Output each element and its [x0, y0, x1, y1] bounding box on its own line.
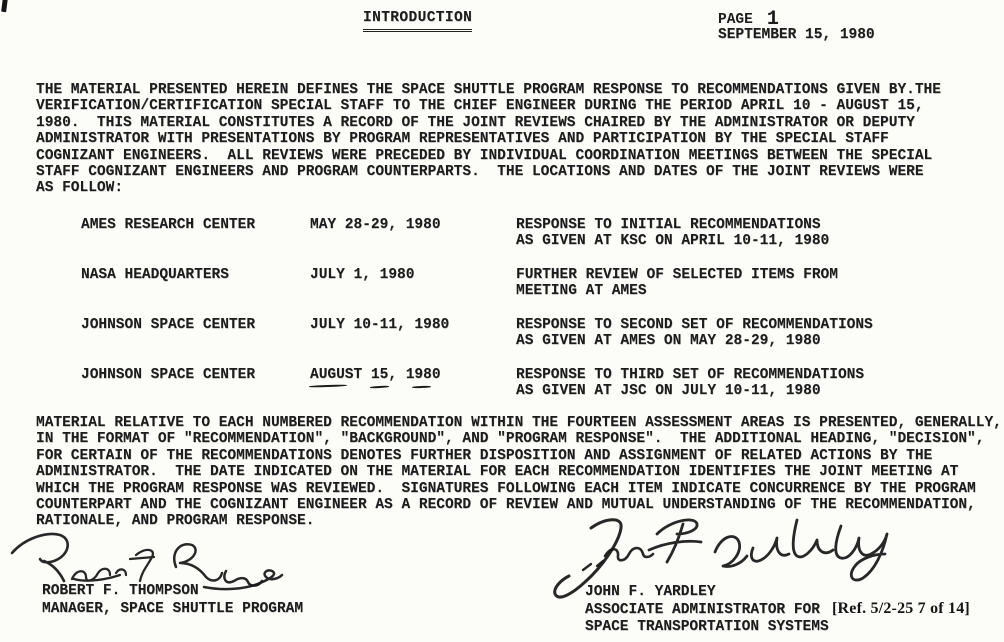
paragraph-line: WHICH THE PROGRAM RESPONSE WAS REVIEWED.…: [36, 481, 1002, 497]
review-description-line: MEETING AT AMES: [516, 283, 838, 299]
signatory-title: ASSOCIATE ADMINISTRATOR FOR: [585, 602, 829, 620]
document-date: SEPTEMBER 15, 1980: [718, 27, 875, 43]
review-description-line: RESPONSE TO SECOND SET OF RECOMMENDATION…: [516, 317, 873, 333]
paragraph-line: ADMINISTRATOR. THE DATE INDICATED ON THE…: [36, 464, 1002, 480]
review-date: JULY 10-11, 1980: [310, 317, 449, 333]
signatory-title: MANAGER, SPACE SHUTTLE PROGRAM: [42, 601, 303, 619]
scan-artifact-mark: [1, 0, 8, 12]
review-date: AUGUST 15, 1980: [310, 367, 441, 383]
right-signature-block: JOHN F. YARDLEY ASSOCIATE ADMINISTRATOR …: [585, 584, 829, 637]
review-description: RESPONSE TO SECOND SET OF RECOMMENDATION…: [516, 317, 873, 350]
paragraph-line: 1980. THIS MATERIAL CONSTITUTES A RECORD…: [36, 115, 941, 131]
scanned-document-page: INTRODUCTION PAGE1 SEPTEMBER 15, 1980 TH…: [0, 0, 1004, 642]
paragraph-line: FOR CERTAIN OF THE RECOMMENDATIONS DENOT…: [36, 448, 1002, 464]
review-description-line: AS GIVEN AT AMES ON MAY 28-29, 1980: [516, 333, 873, 349]
review-location: JOHNSON SPACE CENTER: [81, 317, 255, 333]
signatory-name: ROBERT F. THOMPSON: [42, 583, 303, 601]
paragraph-line: VERIFICATION/CERTIFICATION SPECIAL STAFF…: [36, 98, 941, 114]
left-signature-block: ROBERT F. THOMPSON MANAGER, SPACE SHUTTL…: [42, 583, 303, 618]
review-location: JOHNSON SPACE CENTER: [81, 367, 255, 383]
review-location: NASA HEADQUARTERS: [81, 267, 229, 283]
review-row: NASA HEADQUARTERS JULY 1, 1980 FURTHER R…: [0, 267, 1004, 303]
paragraph-line: ADMINISTRATOR WITH PRESENTATIONS BY PROG…: [36, 131, 941, 147]
review-row: JOHNSON SPACE CENTER AUGUST 15, 1980 RES…: [0, 367, 1004, 403]
review-row: AMES RESEARCH CENTER MAY 28-29, 1980 RES…: [0, 217, 1004, 253]
paragraph-line: COGNIZANT ENGINEERS. ALL REVIEWS WERE PR…: [36, 148, 941, 164]
review-description-line: AS GIVEN AT JSC ON JULY 10-11, 1980: [516, 383, 864, 399]
review-description-line: AS GIVEN AT KSC ON APRIL 10-11, 1980: [516, 233, 829, 249]
review-description: RESPONSE TO THIRD SET OF RECOMMENDATIONS…: [516, 367, 864, 400]
reference-tag: [Ref. 5/2-25 7 of 14]: [832, 600, 970, 618]
paragraph-line: AS FOLLOW:: [36, 180, 941, 196]
review-description-line: RESPONSE TO THIRD SET OF RECOMMENDATIONS: [516, 367, 864, 383]
page-label: PAGE: [718, 12, 753, 28]
review-date: JULY 1, 1980: [310, 267, 414, 283]
review-row: JOHNSON SPACE CENTER JULY 10-11, 1980 RE…: [0, 317, 1004, 353]
review-description-line: RESPONSE TO INITIAL RECOMMENDATIONS: [516, 217, 829, 233]
paragraph-line: IN THE FORMAT OF "RECOMMENDATION", "BACK…: [36, 431, 1002, 447]
intro-paragraph: THE MATERIAL PRESENTED HEREIN DEFINES TH…: [36, 82, 941, 197]
review-description: FURTHER REVIEW OF SELECTED ITEMS FROM ME…: [516, 267, 838, 300]
paragraph-line: MATERIAL RELATIVE TO EACH NUMBERED RECOM…: [36, 415, 1002, 431]
review-description-line: FURTHER REVIEW OF SELECTED ITEMS FROM: [516, 267, 838, 283]
signatory-title: SPACE TRANSPORTATION SYSTEMS: [585, 619, 829, 637]
signatory-name: JOHN F. YARDLEY: [585, 584, 829, 602]
review-location: AMES RESEARCH CENTER: [81, 217, 255, 233]
review-date: MAY 28-29, 1980: [310, 217, 441, 233]
page-title: INTRODUCTION: [363, 10, 472, 32]
paragraph-line: THE MATERIAL PRESENTED HEREIN DEFINES TH…: [36, 82, 941, 98]
review-description: RESPONSE TO INITIAL RECOMMENDATIONS AS G…: [516, 217, 829, 250]
paragraph-line: STAFF COGNIZANT ENGINEERS AND PROGRAM CO…: [36, 164, 941, 180]
